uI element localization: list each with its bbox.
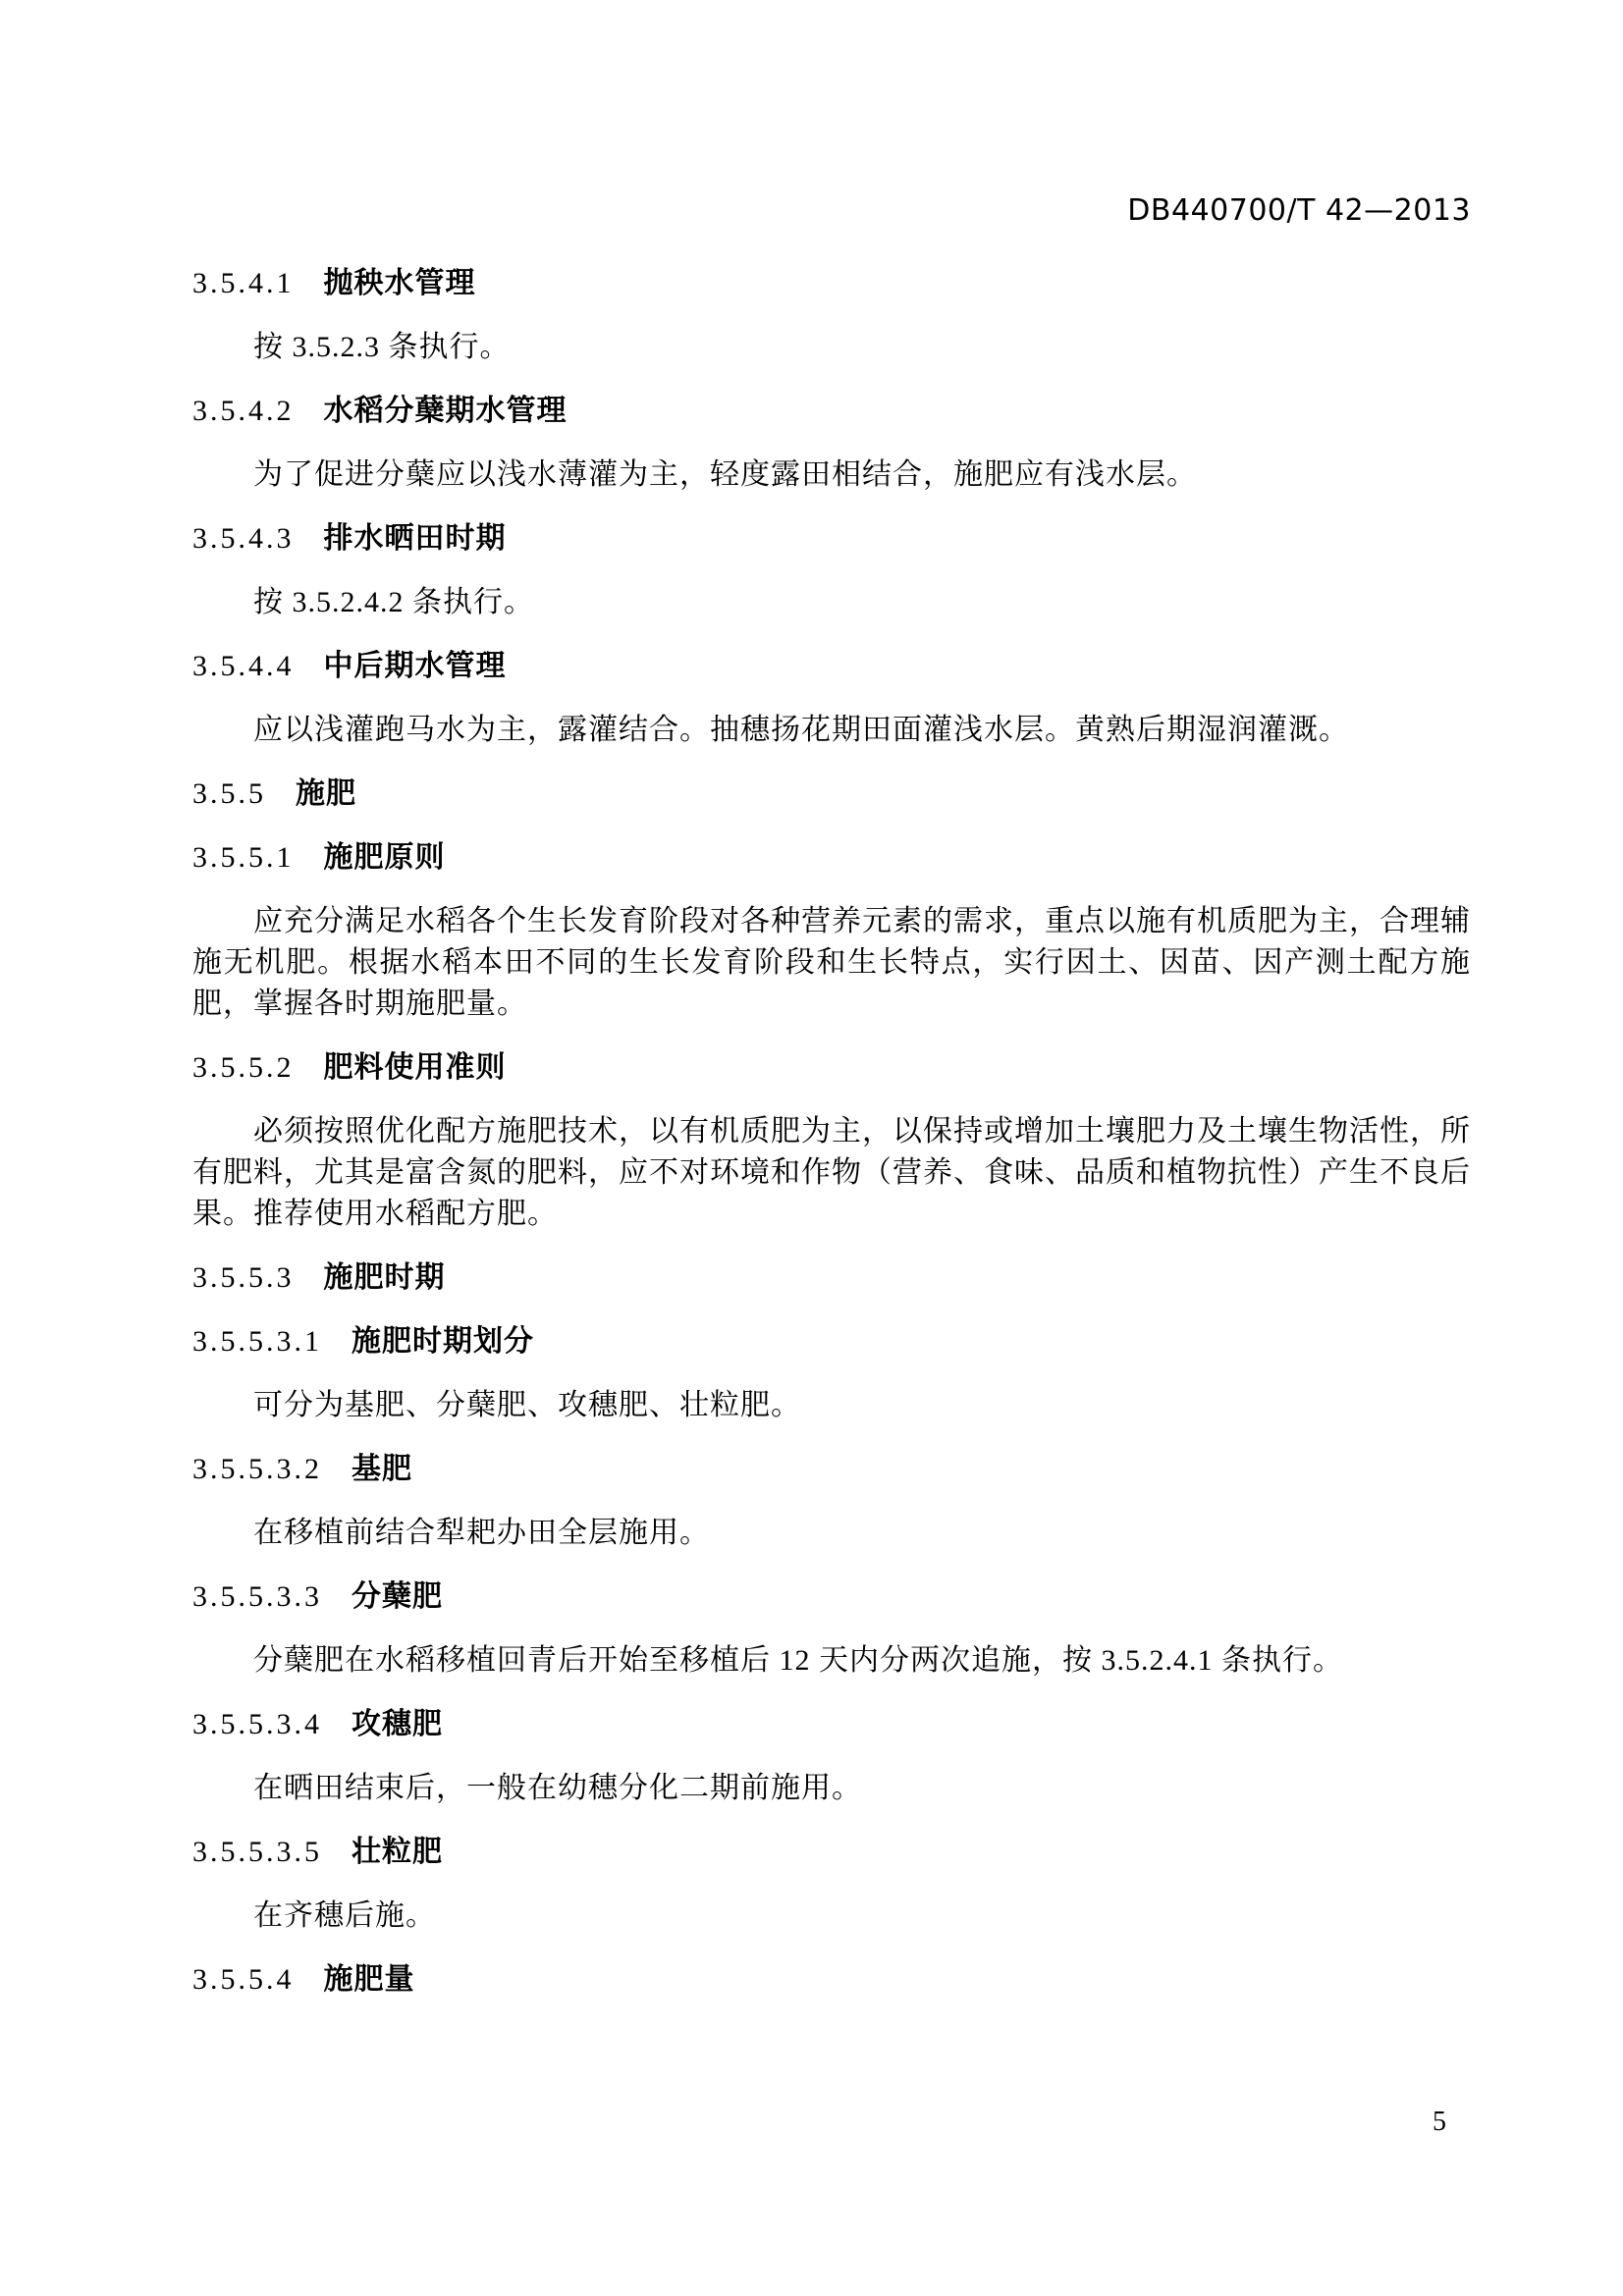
section-number: 3.5.5.3.3 <box>192 1580 322 1613</box>
section-title: 施肥原则 <box>324 840 446 875</box>
document-page: DB440700/T 42—2013 3.5.4.1抛秧水管理 按 3.5.2.… <box>0 0 1623 2296</box>
section-title: 施肥 <box>296 776 356 811</box>
section-number: 3.5.5.3.4 <box>192 1708 322 1740</box>
section-heading-3-5-5-2: 3.5.5.2肥料使用准则 <box>192 1047 1471 1089</box>
section-number: 3.5.5 <box>192 777 266 810</box>
section-heading-3-5-5-3-2: 3.5.5.3.2基肥 <box>192 1449 1471 1490</box>
paragraph-3-5-5-3-2: 在移植前结合犁耙办田全层施用。 <box>192 1513 1471 1554</box>
section-heading-3-5-4-2: 3.5.4.2水稻分蘖期水管理 <box>192 391 1471 432</box>
section-title: 水稻分蘖期水管理 <box>324 394 568 428</box>
paragraph-3-5-4-2: 为了促进分蘖应以浅水薄灌为主，轻度露田相结合，施肥应有浅水层。 <box>192 454 1471 496</box>
section-number: 3.5.4.2 <box>192 395 295 427</box>
section-title: 中后期水管理 <box>324 649 507 683</box>
section-title: 肥料使用准则 <box>324 1050 507 1085</box>
paragraph-3-5-4-1: 按 3.5.2.3 条执行。 <box>192 327 1471 368</box>
section-heading-3-5-5: 3.5.5施肥 <box>192 774 1471 815</box>
paragraph-3-5-5-2: 必须按照优化配方施肥技术，以有机质肥为主，以保持或增加土壤肥力及土壤生物活性，所… <box>192 1111 1471 1235</box>
paragraph-3-5-5-3-4: 在晒田结束后，一般在幼穗分化二期前施用。 <box>192 1768 1471 1809</box>
section-number: 3.5.4.4 <box>192 650 295 682</box>
section-heading-3-5-5-3-4: 3.5.5.3.4攻穗肥 <box>192 1704 1471 1745</box>
page-number: 5 <box>1433 2107 1446 2138</box>
section-title: 基肥 <box>352 1452 412 1486</box>
section-title: 分蘖肥 <box>352 1579 443 1614</box>
section-title: 施肥时期 <box>324 1260 446 1295</box>
paragraph-3-5-5-3-1: 可分为基肥、分蘖肥、攻穗肥、壮粒肥。 <box>192 1385 1471 1426</box>
section-number: 3.5.5.4 <box>192 1963 295 1996</box>
section-heading-3-5-4-3: 3.5.4.3排水晒田时期 <box>192 518 1471 560</box>
section-title: 施肥时期划分 <box>352 1324 534 1359</box>
section-number: 3.5.5.2 <box>192 1051 295 1084</box>
section-heading-3-5-5-3-3: 3.5.5.3.3分蘖肥 <box>192 1576 1471 1618</box>
standard-code-header: DB440700/T 42—2013 <box>192 194 1471 228</box>
paragraph-3-5-4-3: 按 3.5.2.4.2 条执行。 <box>192 582 1471 623</box>
section-heading-3-5-5-4: 3.5.5.4施肥量 <box>192 1959 1471 2001</box>
paragraph-3-5-5-3-3: 分蘖肥在水稻移植回青后开始至移植后 12 天内分两次追施，按 3.5.2.4.1… <box>192 1640 1471 1682</box>
section-heading-3-5-5-1: 3.5.5.1施肥原则 <box>192 837 1471 879</box>
section-number: 3.5.4.1 <box>192 267 295 299</box>
section-title: 抛秧水管理 <box>324 266 476 300</box>
section-number: 3.5.5.3.5 <box>192 1836 322 1868</box>
section-number: 3.5.5.3 <box>192 1261 295 1294</box>
section-title: 排水晒田时期 <box>324 521 507 556</box>
section-title: 壮粒肥 <box>352 1835 443 1869</box>
section-heading-3-5-5-3-5: 3.5.5.3.5壮粒肥 <box>192 1832 1471 1873</box>
section-number: 3.5.5.3.1 <box>192 1325 322 1358</box>
section-title: 攻穗肥 <box>352 1707 443 1741</box>
paragraph-3-5-5-3-5: 在齐穗后施。 <box>192 1896 1471 1937</box>
section-heading-3-5-4-1: 3.5.4.1抛秧水管理 <box>192 263 1471 304</box>
section-heading-3-5-4-4: 3.5.4.4中后期水管理 <box>192 646 1471 687</box>
section-number: 3.5.4.3 <box>192 522 295 555</box>
paragraph-3-5-4-4: 应以浅灌跑马水为主，露灌结合。抽穗扬花期田面灌浅水层。黄熟后期湿润灌溉。 <box>192 710 1471 751</box>
paragraph-3-5-5-1: 应充分满足水稻各个生长发育阶段对各种营养元素的需求，重点以施有机质肥为主，合理辅… <box>192 901 1471 1025</box>
section-number: 3.5.5.3.2 <box>192 1453 322 1485</box>
section-number: 3.5.5.1 <box>192 841 295 874</box>
section-title: 施肥量 <box>324 1962 415 1997</box>
section-heading-3-5-5-3-1: 3.5.5.3.1施肥时期划分 <box>192 1321 1471 1362</box>
section-heading-3-5-5-3: 3.5.5.3施肥时期 <box>192 1257 1471 1299</box>
